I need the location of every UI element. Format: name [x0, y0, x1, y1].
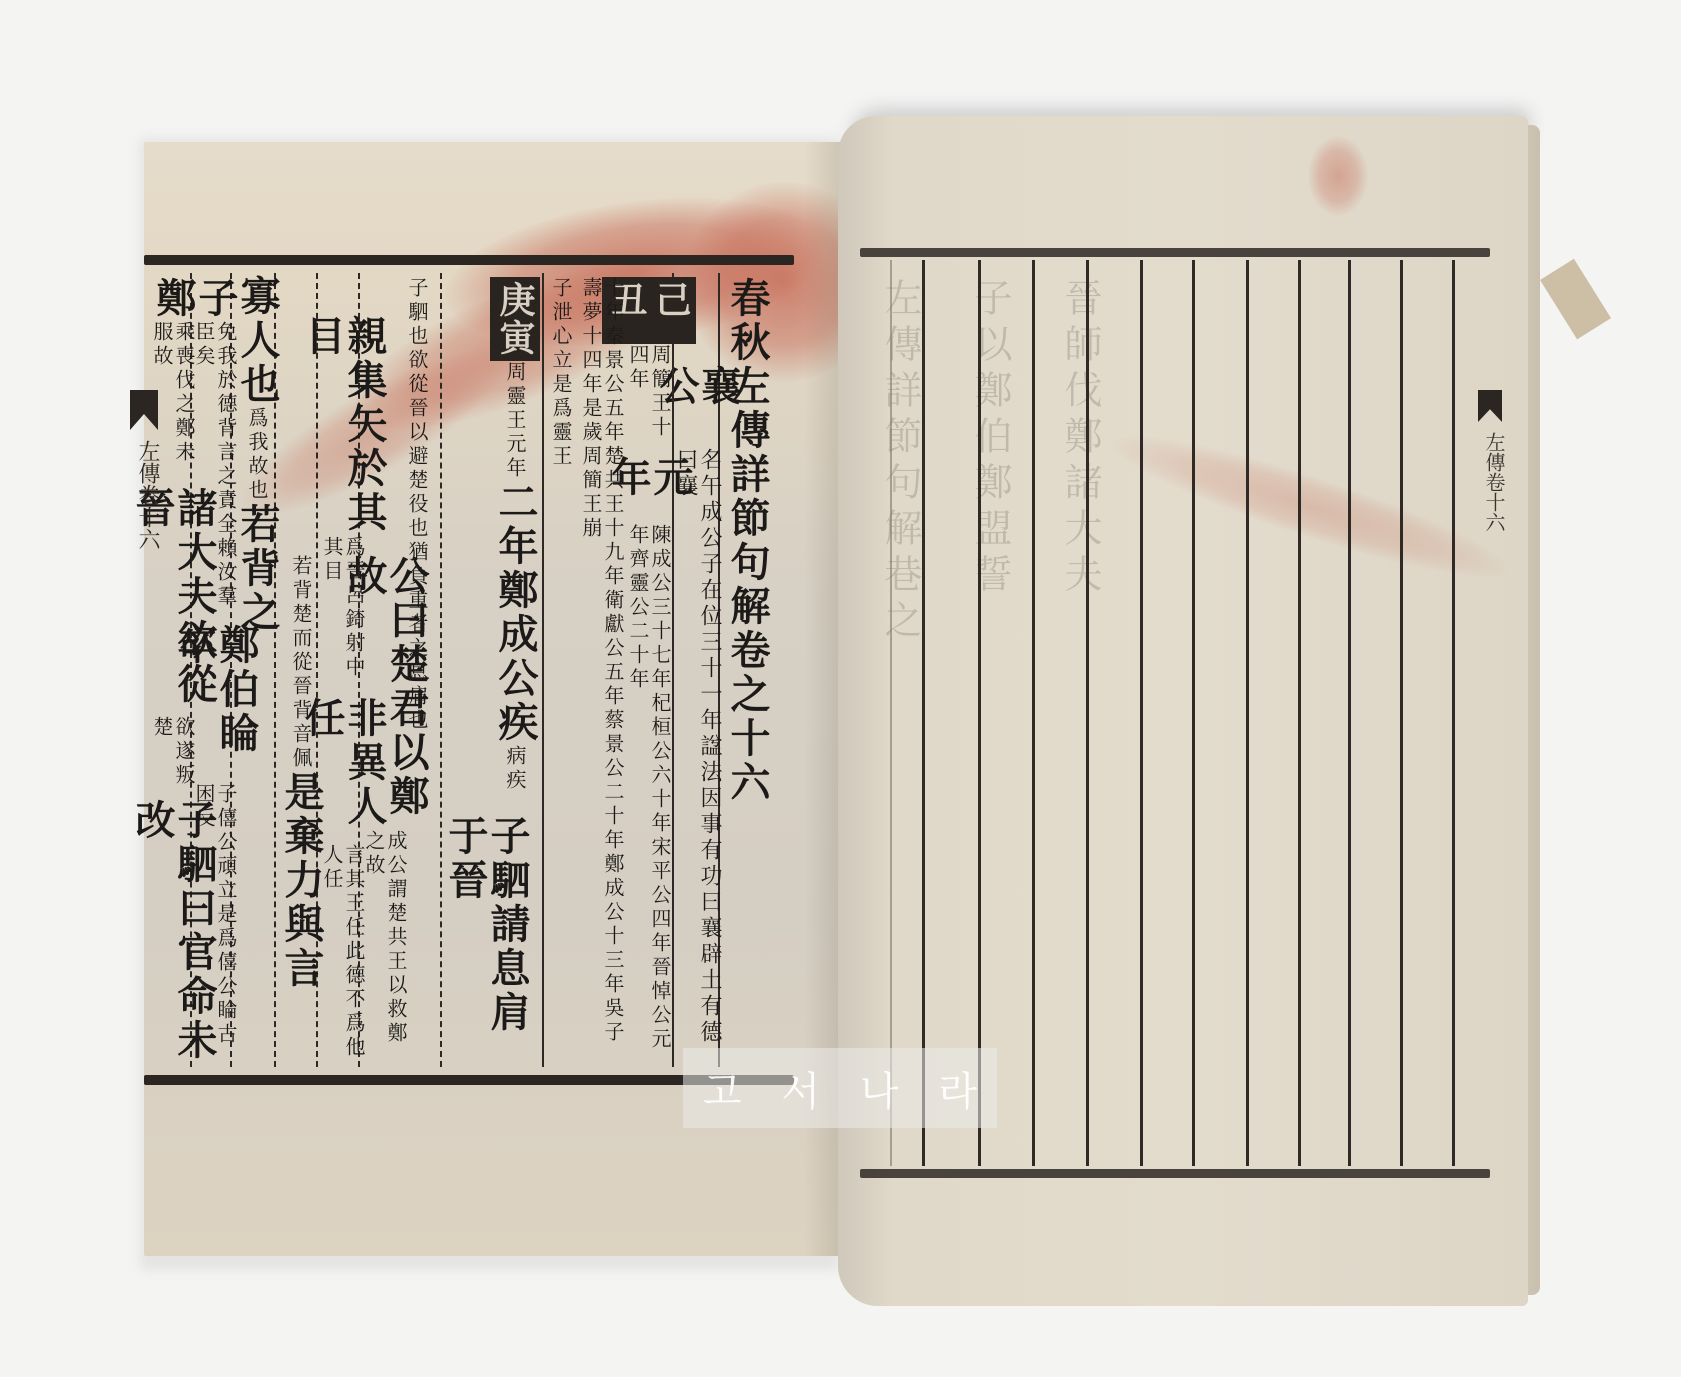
main-text: 親集矢於其目: [301, 315, 385, 536]
main-text: 二年鄭成公疾: [494, 481, 536, 745]
ruled-line: [978, 260, 981, 1166]
top-border-rule: [144, 255, 794, 265]
right-page-ruled-frame: 左傳詳節句解巷之 子以鄭伯鄭盟誓 晉師伐鄭諸大夫: [860, 248, 1490, 1178]
bottom-border-rule: [860, 1169, 1490, 1178]
show-through-text: 晉師伐鄭諸大夫: [1060, 278, 1100, 600]
fish-tail-mark-icon: [130, 390, 158, 430]
show-through-text: 子以鄭伯鄭盟誓: [970, 278, 1010, 600]
commentary-text: 周靈王元年: [504, 361, 526, 481]
fish-tail-mark-icon: [1478, 390, 1502, 422]
column-main: 若背楚而從晉背音佩 是棄力與言: [280, 555, 322, 1065]
column-main: 親集矢於其目 爲晉呂錡射中其目 非異人任 言其王任此德不爲他人任: [322, 315, 364, 1065]
watermark-char: 라: [938, 1060, 977, 1117]
ruled-line: [1298, 260, 1301, 1166]
ruled-line: [1086, 260, 1089, 1166]
main-text: 是棄力與言: [280, 771, 322, 991]
column-divider: [542, 273, 544, 1067]
ruled-line: [1140, 260, 1143, 1166]
main-text: 子: [194, 277, 236, 321]
commentary-text: 爲我故也: [246, 407, 268, 503]
ruled-line: [922, 260, 925, 1166]
column-commentary: 十年秦景公五年楚共王十九年衛獻公五年蔡景公二十年鄭成公十三年吳子壽夢十四年是歲周…: [580, 277, 624, 1065]
column-main: 子駟請息肩于晉: [444, 815, 528, 1065]
ruled-line: [1246, 260, 1249, 1166]
torn-paper-flap: [1540, 259, 1611, 340]
main-text: 鄭: [152, 277, 194, 321]
commentary-text: 周簡王十四年: [627, 344, 671, 456]
ruled-line: [1452, 260, 1455, 1166]
commentary-text: 成公謂楚共王以救鄭之故: [363, 830, 407, 1065]
commentary-text: 言其王任此德不爲他人任: [321, 844, 365, 1065]
main-text: 子駟請息肩于晉: [444, 815, 528, 1065]
commentary-text: 十年秦景公五年楚共王十九年衛獻公五年蔡景公二十年鄭成公十三年吳子壽夢十四年是歲周…: [580, 277, 624, 1065]
fold-title: 左傳卷十六: [132, 440, 163, 550]
ruled-line: [1192, 260, 1195, 1166]
watermark-char: 서: [781, 1060, 820, 1117]
watermark-char: 나: [860, 1060, 899, 1117]
show-through-text: 左傳詳節句解巷之: [880, 278, 920, 646]
ruled-line: [1348, 260, 1351, 1166]
column-year-jichou: 己丑 周簡王十四年 元年 陳成公三十七年杞桓公六十年宋平公四年晉悼公元年齊靈公二…: [624, 277, 674, 1065]
page-fold-margin: 左傳卷十六: [1478, 390, 1508, 510]
book-title: 春秋左傳詳節句解卷之十六: [726, 277, 768, 805]
commentary-text: 爲晉呂錡射中其目: [321, 536, 365, 697]
commentary-text: 名午成公子在位三十一年諡法因事有功曰襄辟土有德曰襄: [673, 448, 721, 1065]
column-commentary: 子泄心立是爲靈王: [550, 277, 572, 1065]
fold-title: 左傳卷十六: [1480, 432, 1509, 532]
page-fold-margin: 左傳卷十六: [130, 390, 162, 1040]
left-page-text-frame: 春秋左傳詳節句解卷之十六 襄公 名午成公子在位三十一年諡法因事有功曰襄辟土有德曰…: [144, 255, 794, 1085]
commentary-text: 若背楚而從晉背音佩: [290, 555, 312, 771]
watermark: 고 서 나 라: [683, 1048, 997, 1128]
red-stain: [1308, 136, 1368, 216]
commentary-text: 陳成公三十七年杞桓公六十年宋平公四年晉悼公元年齊靈公二十年: [627, 524, 671, 1065]
watermark-char: 고: [703, 1060, 742, 1117]
commentary-text: 病疾: [504, 745, 526, 793]
top-border-rule: [860, 248, 1490, 257]
main-text: 寡人也: [236, 275, 278, 407]
column-divider: [440, 273, 442, 1067]
ruled-line: [1032, 260, 1035, 1166]
commentary-text: 子泄心立是爲靈王: [550, 277, 572, 469]
cyclical-year-badge: 庚寅: [490, 277, 540, 361]
ruled-line: [1400, 260, 1403, 1166]
main-text: 若背之: [236, 503, 278, 635]
ruled-line: [890, 260, 892, 1166]
